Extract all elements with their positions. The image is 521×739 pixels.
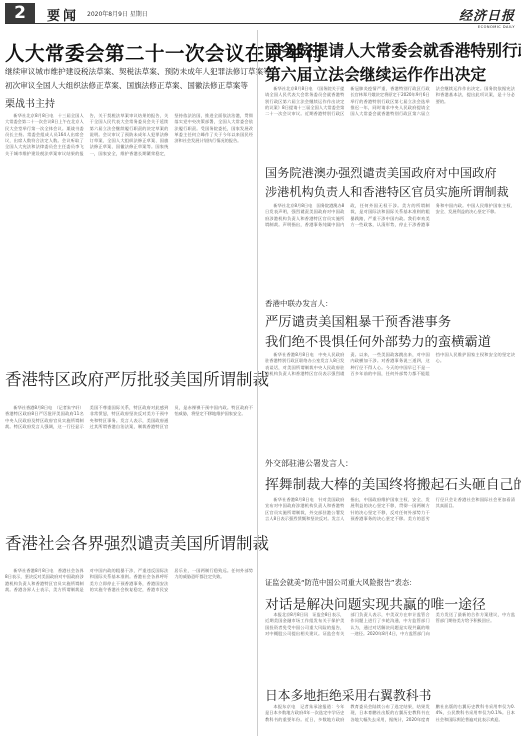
logo-en: ECONOMIC DAILY xyxy=(459,25,515,29)
article-3-body: 新华社北京8月8日电 国务院港澳办8日发表声明，强烈谴责美国政府对中国政府涉港机… xyxy=(265,203,515,295)
article-2-body: 新华社北京8月8日电 《国务院关于提请全国人民代表大会常务委员会就香港特别行政区… xyxy=(265,86,515,154)
article-6-title: 香港社会各界强烈谴责美国所谓制裁 xyxy=(5,530,269,554)
article-6-body: 新华社香港8月8日电 香港社会各界8日表示，坚决反对美国政府对中国政府涉港机构负… xyxy=(5,568,253,736)
issue-date: 2020年8月9日 星期日 xyxy=(87,9,148,18)
article-2-title-line-2: 第六届立法会继续运作作出决定 xyxy=(265,62,486,85)
page-number: 2 xyxy=(5,3,35,23)
article-4-title-line-1: 严厉谴责美国粗暴干预香港事务 xyxy=(265,311,451,330)
article-4-title-line-2: 我们绝不畏惧任何外部势力的蛮横霸道 xyxy=(265,331,491,350)
article-3-title-line-2: 涉港机构负责人和香港特区官员实施所谓制裁 xyxy=(265,183,509,200)
article-4-kicker: 香港中联办发言人： xyxy=(265,298,333,309)
article-3-title-line-1: 国务院港澳办强烈谴责美国政府对中国政府 xyxy=(265,164,497,181)
logo-cn: 经济日报 xyxy=(459,5,515,24)
article-1-byline: 栗战书主持 xyxy=(5,95,55,110)
section-label: 要闻 xyxy=(47,5,79,24)
column-divider xyxy=(257,30,258,736)
article-7-body: 新华社香港8月8日电 针对美国政府宣布对中国政府涉港机构负责人和香港特区官员实施… xyxy=(265,497,515,567)
header-rule xyxy=(5,23,510,24)
article-9-body: 本报东京电 记者朱承淦报道：今年是日本多数地方政府4年一次选定中学历史教科书的重… xyxy=(265,704,515,738)
article-4-body: 新华社香港8月8日电 中央人民政府驻香港特别行政区联络办公室发言人8日发表谈话，… xyxy=(265,352,515,450)
article-1-body: 新华社北京8月8日电 十三届全国人大常委会第二十一次会议8日上午在北京人民大会堂… xyxy=(5,113,253,343)
article-8-title: 对话是解决问题实现共赢的唯一途径 xyxy=(265,593,486,613)
article-2-title-line-1: 国务院提请人大常委会就香港特别行政区 xyxy=(265,38,521,61)
article-8-kicker: 证监会就美“防范中国公司重大风险报告”表态： xyxy=(265,578,416,588)
article-7-title: 挥舞制裁大棒的美国终将搬起石头砸自己的脚 xyxy=(265,473,521,493)
article-1-subtitle-2: 初次审议全国人大组织法修正草案、国旗法修正草案、国徽法修正草案等 xyxy=(5,80,248,91)
article-1-subtitle-1: 继续审议城市维护建设税法草案、契税法草案、预防未成年人犯罪法修订草案等 xyxy=(5,66,271,77)
article-7-kicker: 外交部驻港公署发言人： xyxy=(265,458,353,469)
newspaper-logo: 经济日报 ECONOMIC DAILY xyxy=(459,5,515,29)
article-5-title: 香港特区政府严厉批驳美国所谓制裁 xyxy=(5,366,269,390)
article-8-body: 本报北京8月8日讯 证监会8日表示，近期美国金融市场工作组发布关于保护美国投资者… xyxy=(265,612,515,682)
article-9-title: 日本多地拒绝采用右翼教科书 xyxy=(265,685,431,704)
article-5-body: 新华社香港8月8日电 （记者朱宇轩）香港特区政府8日严厉批评美国政府11名中央人… xyxy=(5,405,253,515)
page-header: 2 要闻 2020年8月9日 星期日 xyxy=(5,3,253,23)
